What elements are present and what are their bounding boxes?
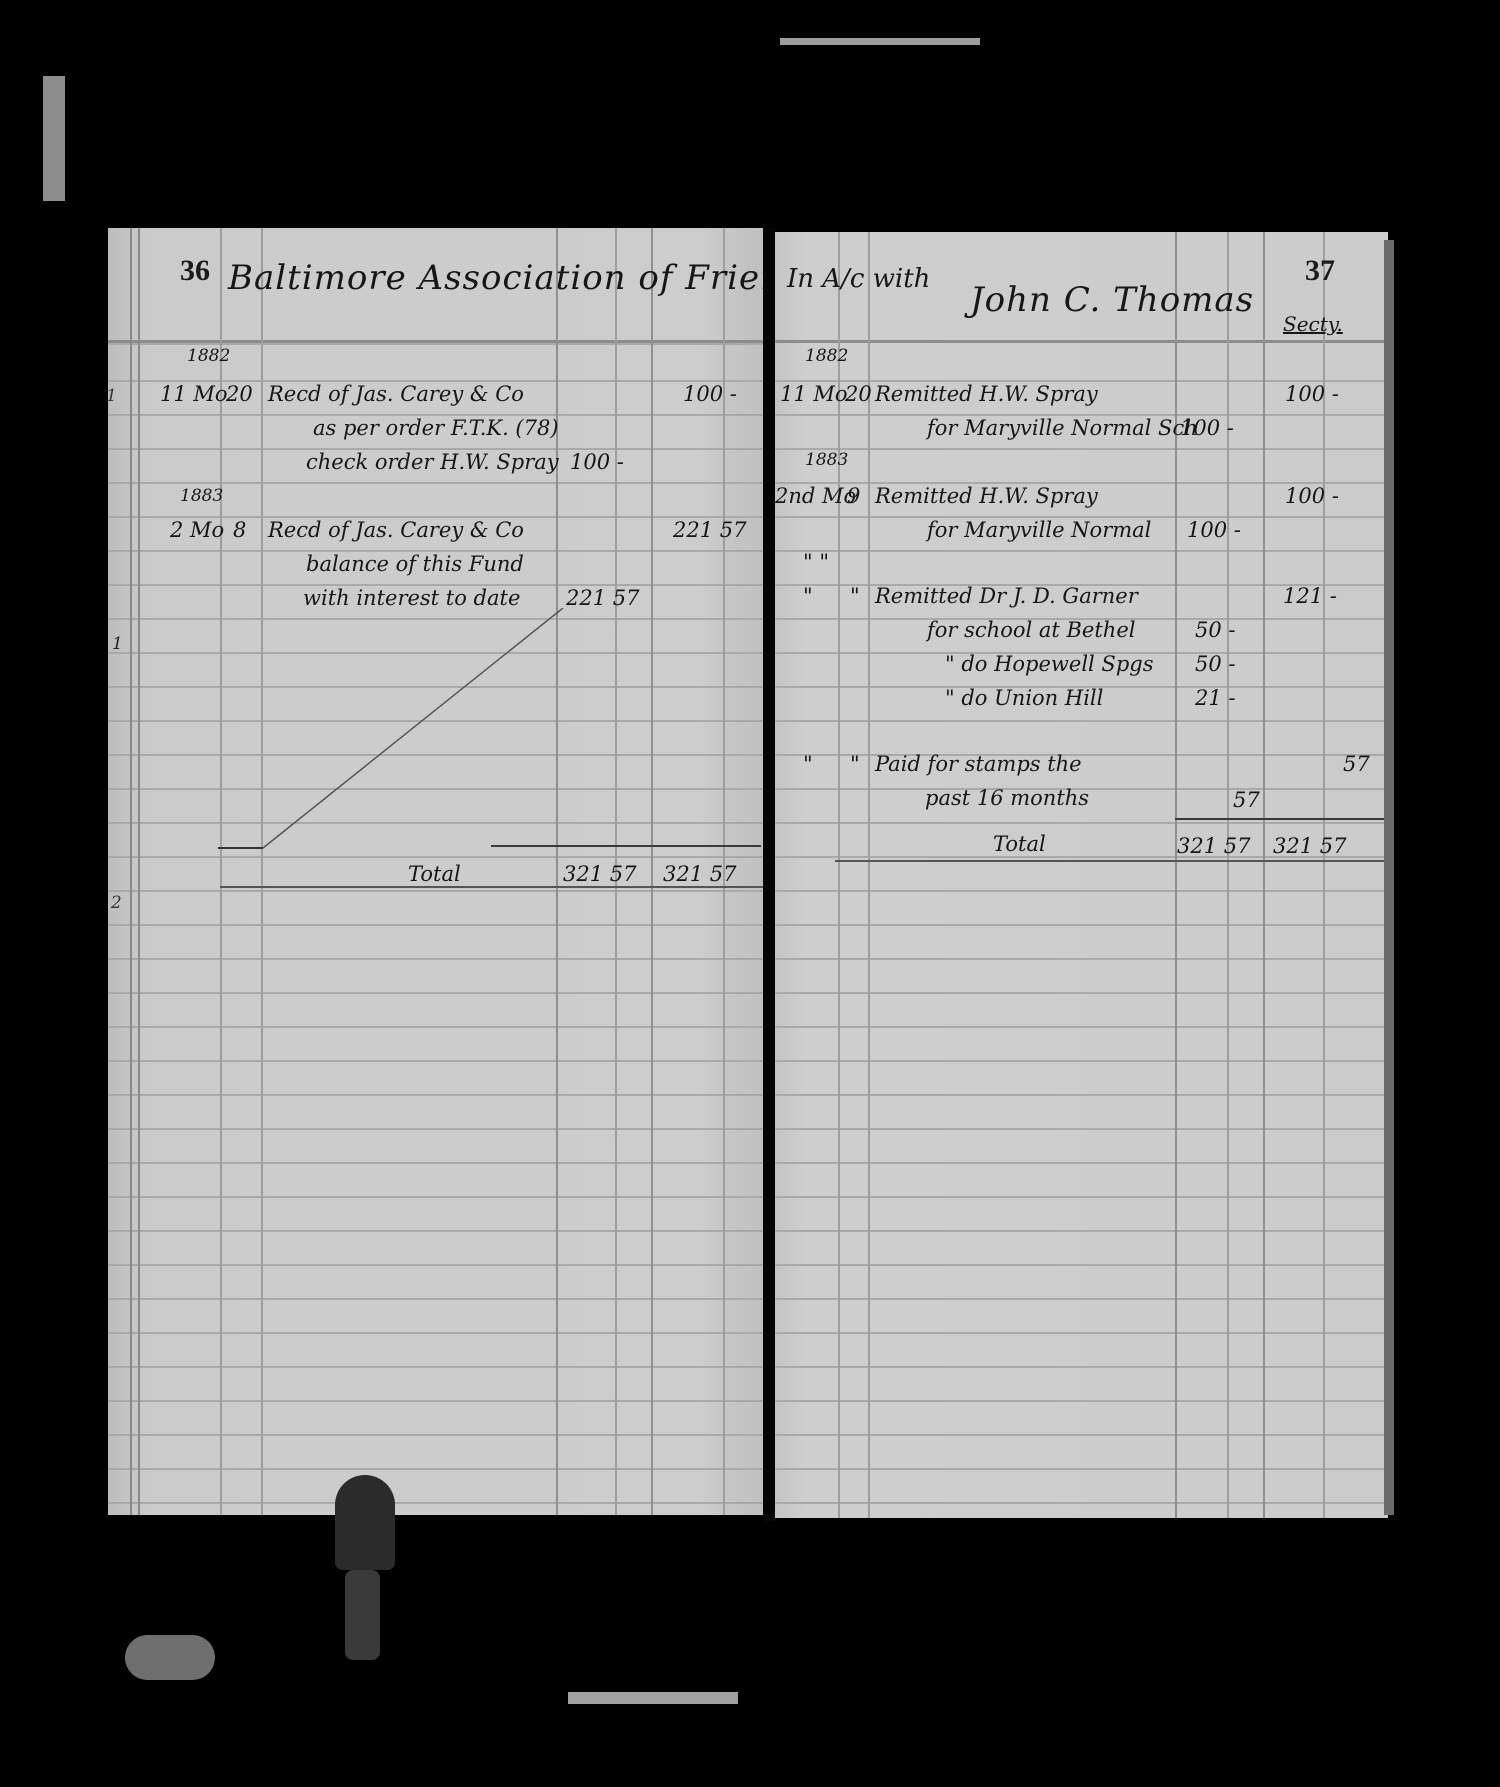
entry-description-line: Recd of Jas. Carey & Co — [268, 518, 524, 542]
book-spine — [763, 228, 775, 1523]
entry-description-line: for school at Bethel — [927, 618, 1135, 642]
thumb-shadow — [345, 1570, 380, 1660]
entry-day: 20 — [226, 382, 253, 406]
scan-edge-strip-top — [780, 38, 980, 45]
total-rule-top — [1175, 818, 1385, 820]
header-rule — [775, 340, 1388, 343]
entry-description-line: " do Hopewell Spgs — [945, 652, 1153, 676]
entry-year: 1882 — [187, 346, 230, 366]
entry-description-line: Paid for stamps the — [875, 752, 1082, 776]
entry-description-line: Recd of Jas. Carey & Co — [268, 382, 524, 406]
entry-description-line: " do Union Hill — [945, 686, 1103, 710]
cancellation-slash — [218, 608, 578, 858]
entry-year: 1882 — [805, 346, 848, 366]
entry-outer-amount: 100 - — [1285, 484, 1339, 508]
total-inner-amount: 321 57 — [1177, 834, 1250, 858]
entry-outer-amount: 57 — [1343, 752, 1370, 776]
page-heading-name: John C. Thomas — [970, 280, 1254, 320]
entry-outer-amount: 121 - — [1283, 584, 1337, 608]
entry-day: " — [850, 584, 860, 608]
entry-description-line: Remitted Dr J. D. Garner — [875, 584, 1138, 608]
total-inner-amount: 321 57 — [563, 862, 636, 886]
margin-mark: 12 — [108, 893, 122, 913]
page-edge — [1384, 240, 1394, 1515]
page-number: 37 — [1305, 254, 1335, 288]
page-heading: Baltimore Association of Friends — [228, 258, 763, 298]
entry-inner-amount: 100 - — [1180, 416, 1234, 440]
entry-inner-amount: 221 57 — [566, 586, 639, 610]
entry-description-line: Remitted H.W. Spray — [875, 382, 1098, 406]
entry-description-line: balance of this Fund — [306, 552, 524, 576]
entry-day: 20 — [845, 382, 872, 406]
thumb — [335, 1475, 395, 1570]
scan-edge-strip-left — [43, 76, 65, 201]
margin-mark: 1 — [108, 386, 117, 406]
entry-description-line: with interest to date — [303, 586, 520, 610]
total-rule-bottom — [835, 860, 1385, 862]
total-label: Total — [993, 832, 1046, 856]
total-outer-amount: 321 57 — [663, 862, 736, 886]
entry-day: 8 — [233, 518, 246, 542]
total-rule-bottom — [220, 886, 763, 888]
total-outer-amount: 321 57 — [1273, 834, 1346, 858]
entry-outer-amount: 100 - — [683, 382, 737, 406]
entry-description-line: as per order F.T.K. (78) — [313, 416, 559, 440]
ledger-page-left: 36 Baltimore Association of Friends 1882… — [108, 228, 763, 1515]
entry-description-line: check order H.W. Spray — [306, 450, 559, 474]
entry-month: " — [803, 752, 813, 776]
entry-description-line: for Maryville Normal — [927, 518, 1151, 542]
scan-edge-strip-bottom — [568, 1692, 738, 1704]
entry-year: 1883 — [805, 450, 848, 470]
entry-month: 2 Mo — [170, 518, 224, 542]
header-rule — [108, 340, 763, 343]
entry-day: " — [850, 752, 860, 776]
total-label: Total — [408, 862, 461, 886]
entry-sub-amount: 50 - — [1195, 652, 1236, 676]
entry-month: 11 Mo — [780, 382, 848, 406]
entry-description-line: for Maryville Normal Sch — [927, 416, 1198, 440]
entry-year: 1883 — [180, 486, 223, 506]
margin-mark: 1 — [112, 634, 123, 654]
entry-month: 2nd Mo — [775, 484, 856, 508]
entry-inner-amount: 100 - — [1187, 518, 1241, 542]
entry-inner-amount: 57 — [1233, 788, 1260, 812]
entry-outer-amount: 221 57 — [673, 518, 746, 542]
entry-sub-amount: 21 - — [1195, 686, 1236, 710]
page-heading-suffix: Secty. — [1283, 312, 1343, 336]
ledger-page-right: In A/c with John C. Thomas Secty. 37 188… — [775, 232, 1388, 1518]
ditto-marks: " " — [803, 550, 829, 574]
entry-inner-amount: 100 - — [570, 450, 624, 474]
entry-month: " — [803, 584, 813, 608]
hand-knuckle — [125, 1635, 215, 1680]
entry-sub-amount: 50 - — [1195, 618, 1236, 642]
page-heading-prefix: In A/c with — [787, 264, 930, 294]
entry-month: 11 Mo — [160, 382, 228, 406]
entry-outer-amount: 100 - — [1285, 382, 1339, 406]
entry-day: 9 — [847, 484, 860, 508]
entry-description-line: Remitted H.W. Spray — [875, 484, 1098, 508]
total-rule-top — [491, 845, 761, 847]
entry-description-line: past 16 months — [925, 786, 1089, 810]
page-number: 36 — [180, 254, 210, 288]
